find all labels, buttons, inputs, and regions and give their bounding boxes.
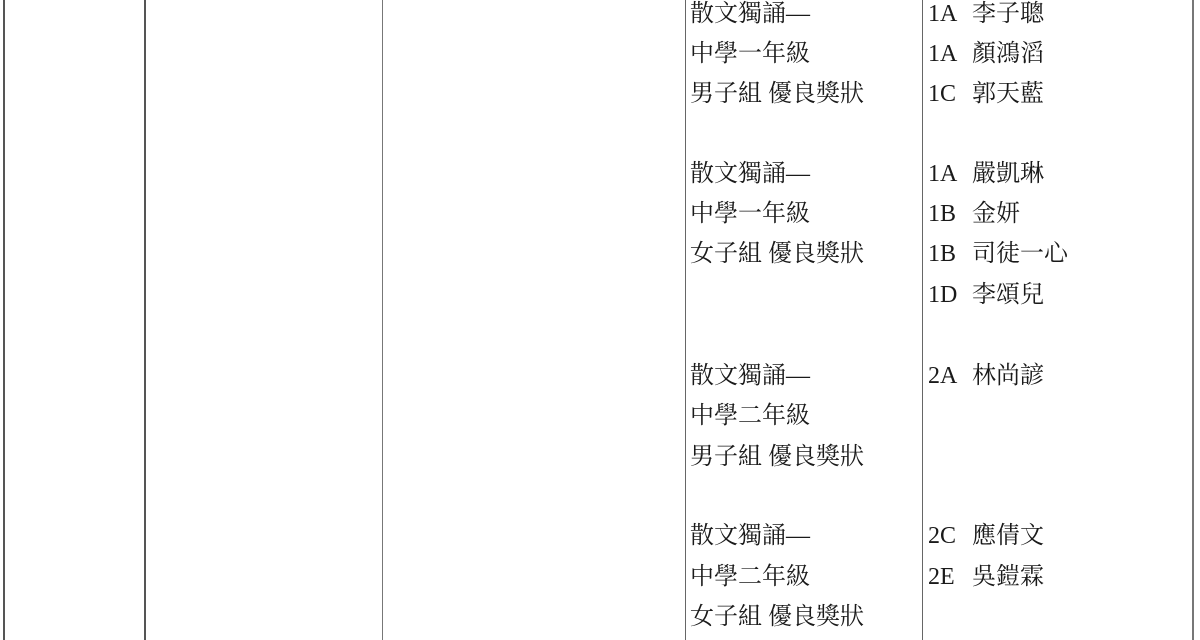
award-title-line: 散文獨誦— bbox=[690, 0, 810, 34]
winner-name: 嚴凱琳 bbox=[972, 161, 1044, 187]
award-grade-line: 中學一年級 bbox=[690, 34, 810, 74]
winner-entry: 1A顏鴻滔 bbox=[928, 34, 1044, 74]
winner-class: 1A bbox=[928, 154, 972, 194]
empty-column-2 bbox=[146, 0, 382, 640]
winner-entry: 1D李頌兒 bbox=[928, 275, 1044, 315]
award-column: 散文獨誦— 中學一年級 男子組 優良獎狀 散文獨誦— 中學一年級 女子組 優良獎… bbox=[690, 0, 920, 640]
empty-column-1 bbox=[5, 0, 144, 640]
award-title-line: 散文獨誦— bbox=[690, 516, 810, 556]
winner-class: 1B bbox=[928, 234, 972, 274]
column-divider-4 bbox=[922, 0, 923, 640]
award-category-line: 女子組 優良獎狀 bbox=[690, 597, 864, 637]
winner-name: 李頌兒 bbox=[972, 282, 1044, 308]
winner-class: 1A bbox=[928, 34, 972, 74]
award-category-line: 男子組 優良獎狀 bbox=[690, 437, 864, 477]
empty-column-3 bbox=[383, 0, 685, 640]
award-grade-line: 中學二年級 bbox=[690, 396, 810, 436]
award-grade-line: 中學二年級 bbox=[690, 557, 810, 597]
award-grade-line: 中學一年級 bbox=[690, 194, 810, 234]
winner-name: 顏鴻滔 bbox=[972, 41, 1044, 67]
winner-class: 1B bbox=[928, 194, 972, 234]
award-category-line: 男子組 優良獎狀 bbox=[690, 74, 864, 114]
winner-name: 郭天藍 bbox=[972, 81, 1044, 107]
winner-entry: 1B金妍 bbox=[928, 194, 1020, 234]
winner-entry: 1C郭天藍 bbox=[928, 74, 1044, 114]
winner-name: 應倩文 bbox=[972, 523, 1044, 549]
winner-class: 1C bbox=[928, 74, 972, 114]
winners-column: 1A李子聰 1A顏鴻滔 1C郭天藍 1A嚴凱琳 1B金妍 1B司徒一心 1D李頌… bbox=[928, 0, 1190, 640]
award-title-line: 散文獨誦— bbox=[690, 356, 810, 396]
column-divider-3 bbox=[685, 0, 686, 640]
winner-class: 2E bbox=[928, 557, 972, 597]
award-title-line: 散文獨誦— bbox=[690, 154, 810, 194]
winner-entry: 1B司徒一心 bbox=[928, 234, 1068, 274]
winner-name: 吳鎧霖 bbox=[972, 564, 1044, 590]
winner-entry: 1A李子聰 bbox=[928, 0, 1044, 34]
winner-entry: 2A林尚諺 bbox=[928, 356, 1044, 396]
award-category-line: 女子組 優良獎狀 bbox=[690, 234, 864, 274]
winner-entry: 2E吳鎧霖 bbox=[928, 557, 1044, 597]
winner-entry: 2C應倩文 bbox=[928, 516, 1044, 556]
winner-class: 1D bbox=[928, 275, 972, 315]
table-border-right bbox=[1192, 0, 1194, 640]
winner-entry: 1A嚴凱琳 bbox=[928, 154, 1044, 194]
winner-name: 李子聰 bbox=[972, 1, 1044, 27]
winner-class: 2A bbox=[928, 356, 972, 396]
winner-name: 林尚諺 bbox=[972, 363, 1044, 389]
winner-name: 金妍 bbox=[972, 201, 1020, 227]
winner-class: 1A bbox=[928, 0, 972, 34]
winner-name: 司徒一心 bbox=[972, 241, 1068, 267]
winner-class: 2C bbox=[928, 516, 972, 556]
